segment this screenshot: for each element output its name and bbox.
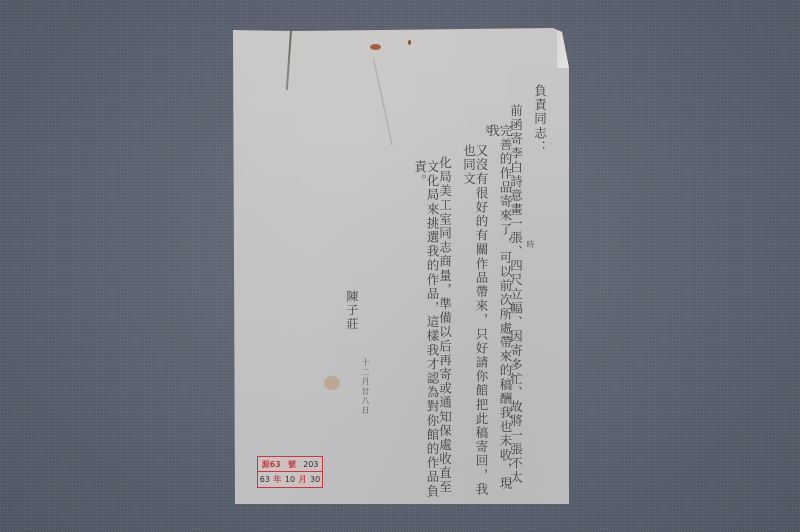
interlinear-note-2: 好 <box>485 125 493 135</box>
stamp-year-label: 年 <box>273 474 281 485</box>
folded-corner <box>557 28 569 68</box>
salutation: 負責同志： <box>533 84 546 155</box>
stamp-year: 63 <box>260 475 270 484</box>
stamp-row-1: 源63 號 203 <box>258 457 322 472</box>
letter-column-3: 又沒有很好的有關作品帶來，只好請你館把此稿寄回，我也同文 <box>462 144 487 504</box>
stamp-month: 10 <box>285 475 295 484</box>
archive-stamp: 源63 號 203 63 年 10 月 30 <box>257 456 323 488</box>
interlinear-note-1: 時 <box>526 240 534 250</box>
letter-column-5: 文化局來挑選我的作品，這樣我才認為對你館的作品負責。 <box>413 160 438 504</box>
stamp-source: 源63 <box>262 459 281 470</box>
letter-column-2: 完善的作品寄來了，可以前次所處帶來的稿酬我也未收，現我 <box>486 124 511 504</box>
stamp-row-2: 63 年 10 月 30 <box>258 472 322 487</box>
paper-tear <box>286 28 292 90</box>
paper-crease <box>373 58 393 146</box>
stamp-number: 203 <box>303 460 318 469</box>
rust-stain <box>370 44 381 50</box>
pin-mark <box>408 40 411 45</box>
signature: 陳子莊 <box>346 290 358 331</box>
stamp-month-label: 月 <box>299 474 307 485</box>
stamp-number-label: 號 <box>288 459 296 470</box>
water-stain <box>324 376 340 390</box>
stamp-day: 30 <box>310 475 320 484</box>
letter-date: 十二月廿八日 <box>361 358 369 416</box>
letter-paper: 負責同志： 前函寄李白詩意畫一張、四尺立幅、因寄多忙、故將一張不太 完善的作品寄… <box>233 28 569 504</box>
